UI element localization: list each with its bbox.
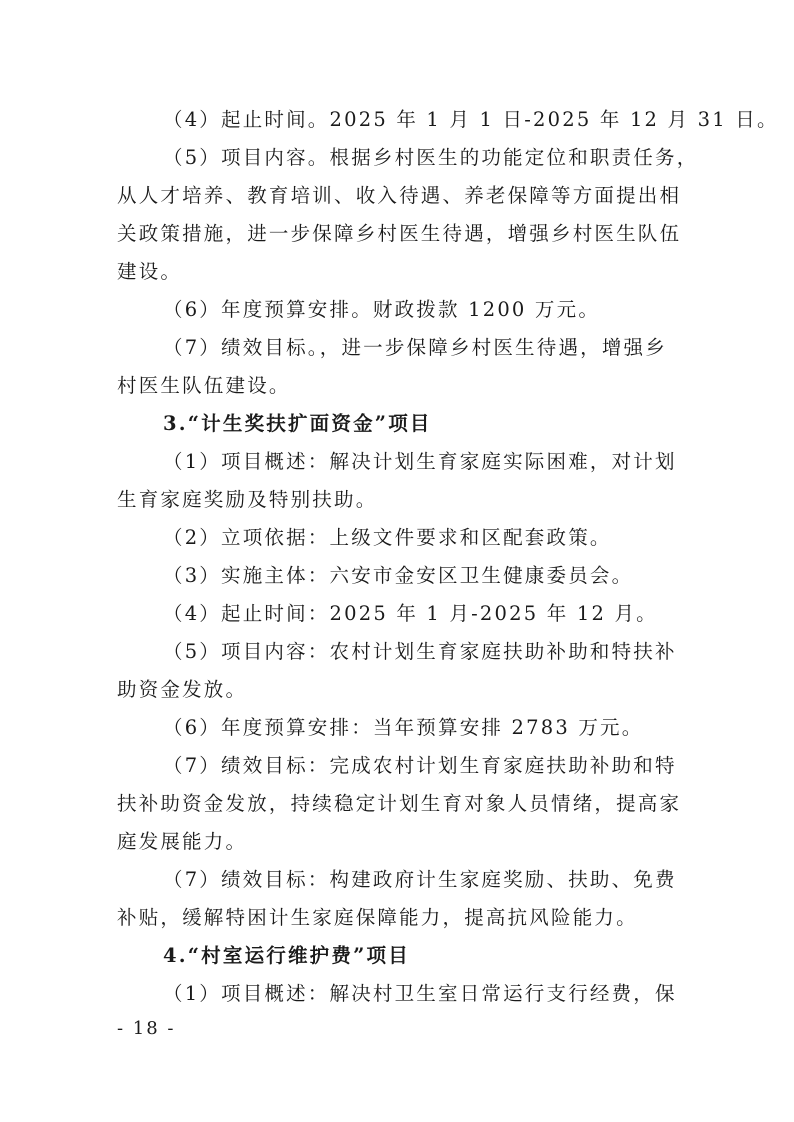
document-page: （4）起止时间。2025 年 1 月 1 日-2025 年 12 月 31 日。… <box>0 0 794 1122</box>
paragraph-line: （2）立项依据：上级文件要求和区配套政策。 <box>163 526 723 550</box>
paragraph-line: （7）绩效目标：完成农村计划生育家庭扶助补助和特 <box>163 754 723 778</box>
paragraph-line: （7）绩效目标：构建政府计生家庭奖励、扶助、免费 <box>163 868 723 892</box>
paragraph-line: （3）实施主体：六安市金安区卫生健康委员会。 <box>163 564 723 588</box>
paragraph-line: （4）起止时间：2025 年 1 月-2025 年 12 月。 <box>163 602 723 626</box>
paragraph-line: 从人才培养、教育培训、收入待遇、养老保障等方面提出相 <box>117 184 677 208</box>
paragraph-line: 关政策措施，进一步保障乡村医生待遇，增强乡村医生队伍 <box>117 222 677 246</box>
paragraph-line: 生育家庭奖励及特别扶助。 <box>117 488 677 512</box>
paragraph-line: 扶补助资金发放，持续稳定计划生育对象人员情绪，提高家 <box>117 792 677 816</box>
paragraph-line: 补贴，缓解特困计生家庭保障能力，提高抗风险能力。 <box>117 906 677 930</box>
paragraph-line: （7）绩效目标。，进一步保障乡村医生待遇，增强乡 <box>163 336 723 360</box>
paragraph-line: （1）项目概述：解决村卫生室日常运行支行经费，保 <box>163 982 723 1006</box>
paragraph-line: （6）年度预算安排：当年预算安排 2783 万元。 <box>163 716 723 740</box>
section-heading: 4.“村室运行维护费”项目 <box>163 944 723 968</box>
paragraph-line: 建设。 <box>117 260 677 284</box>
paragraph-line: （1）项目概述：解决计划生育家庭实际困难，对计划 <box>163 450 723 474</box>
paragraph-line: （5）项目内容：农村计划生育家庭扶助补助和特扶补 <box>163 640 723 664</box>
page-number: - 18 - <box>117 1018 176 1039</box>
paragraph-line: 村医生队伍建设。 <box>117 374 677 398</box>
paragraph-line: 助资金发放。 <box>117 678 677 702</box>
section-heading: 3.“计生奖扶扩面资金”项目 <box>163 412 723 436</box>
paragraph-line: （4）起止时间。2025 年 1 月 1 日-2025 年 12 月 31 日。 <box>163 108 723 132</box>
paragraph-line: 庭发展能力。 <box>117 830 677 854</box>
paragraph-line: （6）年度预算安排。财政拨款 1200 万元。 <box>163 298 723 322</box>
paragraph-line: （5）项目内容。根据乡村医生的功能定位和职责任务， <box>163 146 723 170</box>
